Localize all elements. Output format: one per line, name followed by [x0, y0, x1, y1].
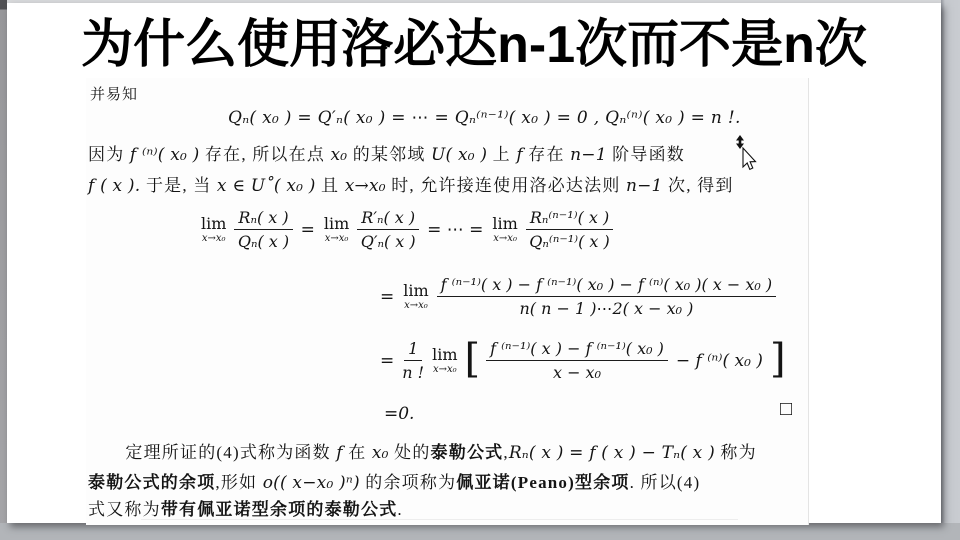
equation-zero: =0. [384, 404, 414, 424]
slide: 为什么使用洛必达n-1次而不是n次 并易知 Qₙ( x₀ ) = Q′ₙ( x₀… [7, 3, 941, 523]
text-run: . [397, 500, 402, 519]
text-run: 式又称为 [88, 500, 161, 519]
fraction: Rₙ( x )Qₙ( x ) [234, 208, 292, 251]
text-run: 称为 [715, 443, 757, 462]
text-run: ,形如 [215, 473, 262, 492]
paragraph-2: f ( x ). 于是, 当 x ∈ U˚( x₀ ) 且 x→x₀ 时, 允许… [88, 173, 734, 199]
paragraph-1: 因为 f ⁽ⁿ⁾( x₀ ) 存在, 所以在点 x₀ 的某邻域 U( x₀ ) … [88, 142, 685, 168]
text-run: 定理所证的(4)式称为函数 [125, 443, 336, 462]
text-run: 的某邻域 [347, 145, 431, 164]
math-text: = [380, 351, 394, 371]
text-run: 存在, 所以在点 [199, 145, 330, 164]
math-inline: f ( x ). [88, 176, 146, 196]
text-run: 的余项称为 [360, 473, 456, 492]
fraction: f ⁽ⁿ⁻¹⁾( x ) − f ⁽ⁿ⁻¹⁾( x₀ )x − x₀ [486, 339, 668, 382]
text-run: 于是, 当 [146, 176, 217, 195]
scan-bottom-hairline [141, 519, 738, 520]
text-run: 阶导函数 [607, 145, 685, 164]
text-run: 泰勒公式的余项 [88, 473, 215, 492]
fraction: Rₙ⁽ⁿ⁻¹⁾( x )Qₙ⁽ⁿ⁻¹⁾( x ) [526, 208, 613, 251]
fraction: f ⁽ⁿ⁻¹⁾( x ) − f ⁽ⁿ⁻¹⁾( x₀ ) − f ⁽ⁿ⁾( x₀… [437, 275, 777, 318]
text-run: 时, 允许接连使用洛必达法则 [386, 176, 626, 195]
bracket: ] [770, 339, 786, 379]
limit-operator: limx→x₀ [432, 347, 457, 375]
math-text: − f ⁽ⁿ⁾( x₀ ) [676, 351, 763, 371]
limit-operator: limx→x₀ [403, 283, 428, 311]
math-text: = ⋯ = [427, 220, 483, 240]
paragraph-taylor-1: 定理所证的(4)式称为函数 f 在 x₀ 处的泰勒公式,Rₙ( x ) = f … [88, 440, 757, 466]
textbook-scan: 并易知 Qₙ( x₀ ) = Q′ₙ( x₀ ) = ⋯ = Qₙ⁽ⁿ⁻¹⁾( … [86, 78, 809, 525]
math-inline: Rₙ( x ) = f ( x ) − Tₙ( x ) [509, 443, 715, 463]
mouse-cursor-icon [731, 135, 757, 173]
text-run: 次, 得到 [663, 176, 734, 195]
intro-text: 并易知 [90, 83, 138, 104]
frame-right-edge [941, 0, 960, 540]
math-inline: x₀ [372, 443, 389, 463]
qed-box: □ [780, 398, 792, 421]
text-run: 处的 [389, 443, 431, 462]
text-run: 佩亚诺(Peano)型余项 [456, 473, 629, 492]
math-inline: x→x₀ [345, 176, 386, 196]
frame-bottom-bar [0, 523, 960, 540]
equation-expanded: =limx→x₀f ⁽ⁿ⁻¹⁾( x ) − f ⁽ⁿ⁻¹⁾( x₀ ) − f… [379, 275, 776, 318]
math-inline: x ∈ U˚( x₀ ) [217, 176, 316, 196]
frame-left-edge [0, 0, 7, 540]
text-run: 在 [343, 443, 372, 462]
math-text: = [301, 220, 315, 240]
math-inline: x₀ [330, 145, 347, 165]
text-run: 上 [487, 145, 516, 164]
paragraph-taylor-2: 泰勒公式的余项,形如 o(( x−x₀ )ⁿ) 的余项称为佩亚诺(Peano)型… [88, 470, 700, 496]
text-run: 因为 [88, 145, 130, 164]
limit-operator: limx→x₀ [324, 216, 349, 244]
text-run: 泰勒公式 [431, 443, 504, 462]
equation-qn-values: Qₙ( x₀ ) = Q′ₙ( x₀ ) = ⋯ = Qₙ⁽ⁿ⁻¹⁾( x₀ )… [228, 108, 741, 128]
equation-lhopital-chain: limx→x₀Rₙ( x )Qₙ( x )=limx→x₀R′ₙ( x )Q′ₙ… [200, 208, 613, 251]
math-inline: o(( x−x₀ )ⁿ) [263, 473, 360, 493]
bracket: [ [464, 339, 480, 379]
fraction: 1n ! [402, 339, 424, 382]
math-inline: U( x₀ ) [431, 145, 487, 165]
math-inline: n−1 [570, 145, 607, 165]
text-run: 且 [316, 176, 345, 195]
text-run: 存在 [523, 145, 570, 164]
math-inline: n−1 [626, 176, 663, 196]
limit-operator: limx→x₀ [201, 216, 226, 244]
equation-factored: =1n !limx→x₀[f ⁽ⁿ⁻¹⁾( x ) − f ⁽ⁿ⁻¹⁾( x₀ … [379, 339, 785, 382]
math-text: = [380, 287, 394, 307]
limit-operator: limx→x₀ [492, 216, 517, 244]
text-run: . 所以(4) [630, 473, 701, 492]
fraction: R′ₙ( x )Q′ₙ( x ) [357, 208, 419, 251]
text-run: 带有佩亚诺型余项的泰勒公式 [161, 500, 398, 519]
math-inline: f ⁽ⁿ⁾( x₀ ) [130, 145, 200, 165]
slide-title: 为什么使用洛必达n-1次而不是n次 [7, 17, 941, 74]
video-frame: 为什么使用洛必达n-1次而不是n次 并易知 Qₙ( x₀ ) = Q′ₙ( x₀… [0, 0, 960, 540]
